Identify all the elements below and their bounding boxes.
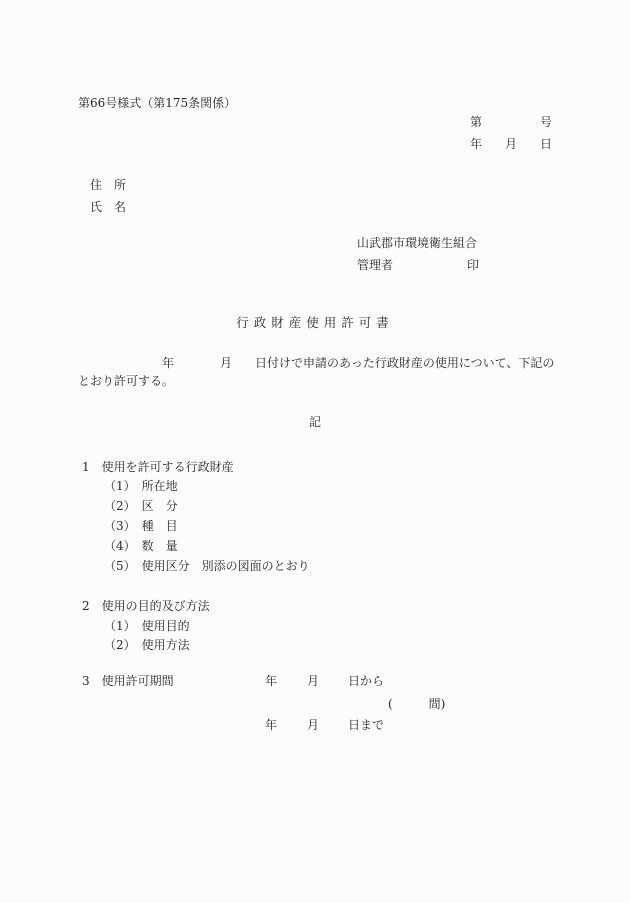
doc-number-suffix: 号 (540, 115, 552, 130)
period-to-year: 年 (265, 718, 277, 733)
section1-item-use-class: （5） 使用区分 別添の図面のとおり (104, 559, 310, 574)
period-to-month: 月 (307, 718, 319, 733)
address-label: 住 所 (90, 178, 126, 193)
issuer-seal-mark: 印 (467, 258, 479, 273)
section1-item-location: （1） 所在地 (104, 479, 178, 494)
intro-line1: 日付けで申請のあった行政財産の使用について、下記の (255, 356, 554, 371)
form-number: 第66号様式（第175条関係） (78, 96, 236, 111)
intro-line2: とおり許可する。 (78, 374, 174, 389)
period-duration: ( 間) (388, 697, 445, 712)
date-year-label: 年 (470, 137, 482, 152)
document-page: 第66号様式（第175条関係） 第 号 年 月 日 住 所 氏 名 山武郡市環境… (0, 0, 630, 903)
issuer-organization: 山武郡市環境衛生組合 (357, 236, 477, 251)
document-title: 行政財産使用許可書 (0, 315, 630, 330)
date-day-label: 日 (540, 137, 552, 152)
date-month-label: 月 (505, 137, 517, 152)
intro-month-label: 月 (220, 356, 232, 371)
section3-heading: 3 使用許可期間 (82, 674, 174, 689)
period-from-day: 日から (348, 674, 384, 689)
intro-year-label: 年 (162, 356, 174, 371)
period-from-year: 年 (265, 674, 277, 689)
name-label: 氏 名 (90, 200, 126, 215)
section1-item-category: （2） 区 分 (104, 499, 178, 514)
section1-heading: 1 使用を許可する行政財産 (82, 460, 234, 475)
period-to-day: 日まで (348, 718, 384, 733)
section2-item-purpose: （1） 使用目的 (104, 619, 190, 634)
ki-label: 記 (0, 415, 630, 430)
section2-heading: 2 使用の目的及び方法 (82, 599, 210, 614)
period-from-month: 月 (307, 674, 319, 689)
section1-item-type: （3） 種 目 (104, 519, 178, 534)
issuer-manager-label: 管理者 (357, 258, 393, 273)
doc-number-prefix: 第 (470, 115, 482, 130)
section1-item-quantity: （4） 数 量 (104, 539, 178, 554)
section2-item-method: （2） 使用方法 (104, 638, 190, 653)
